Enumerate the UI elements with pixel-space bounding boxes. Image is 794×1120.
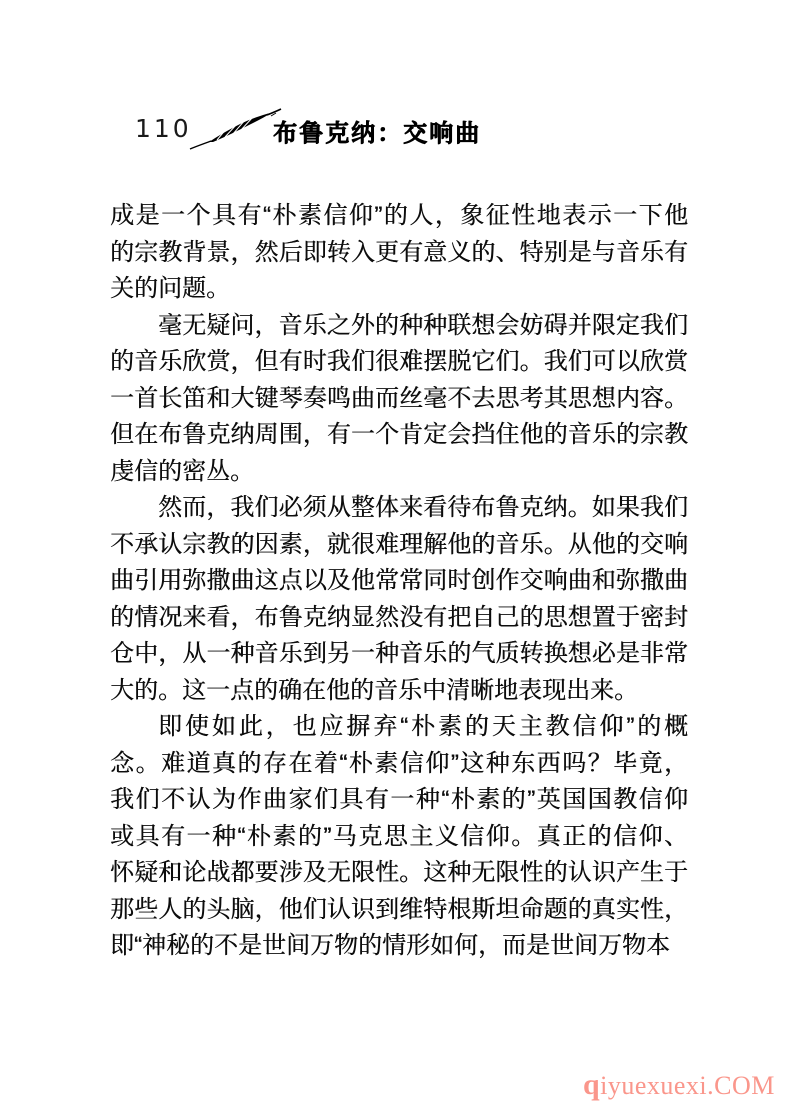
text-line: 大的。这一点的确在他的音乐中清晰地表现出来。 (110, 673, 688, 710)
text-line: 仓中，从一种音乐到另一种音乐的气质转换想必是非常 (110, 636, 688, 673)
text-line: 的宗教背景，然后即转入更有意义的、特别是与音乐有 (110, 235, 688, 272)
text-line: 曲引用弥撒曲这点以及他常常同时创作交响曲和弥撒曲 (110, 563, 688, 600)
book-page: 110 布鲁克纳：交响曲 成是一个具有“朴素信仰”的人，象征性地表示一下他的宗教… (0, 0, 794, 1120)
page-number: 110 (135, 114, 192, 143)
text-line: 成是一个具有“朴素信仰”的人，象征性地表示一下他 (110, 198, 688, 235)
text-line: 即“神秘的不是世间万物的情形如何，而是世间万物本 (110, 928, 688, 965)
text-line: 一首长笛和大键琴奏鸣曲而丝毫不去思考其思想内容。 (110, 381, 688, 418)
text-line: 的情况来看，布鲁克纳显然没有把自己的思想置于密封 (110, 600, 688, 637)
quill-pen-icon (187, 108, 283, 152)
text-line: 虔信的密丛。 (110, 454, 688, 491)
text-line: 那些人的头脑，他们认识到维特根斯坦命题的真实性， (110, 892, 688, 929)
text-line: 的音乐欣赏，但有时我们很难摆脱它们。我们可以欣赏 (110, 344, 688, 381)
body-text: 成是一个具有“朴素信仰”的人，象征性地表示一下他的宗教背景，然后即转入更有意义的… (110, 198, 688, 965)
text-line: 不承认宗教的因素，就很难理解他的音乐。从他的交响 (110, 527, 688, 564)
text-line: 毫无疑问，音乐之外的种种联想会妨碍并限定我们 (110, 308, 688, 345)
text-line: 即使如此，也应摒弃“朴素的天主教信仰”的概 (110, 709, 688, 746)
text-line: 然而，我们必须从整体来看待布鲁克纳。如果我们 (110, 490, 688, 527)
chapter-title: 布鲁克纳：交响曲 (273, 113, 481, 148)
watermark-text: qiyuexuexi.COM (583, 1068, 775, 1102)
text-line: 念。难道真的存在着“朴素信仰”这种东西吗？毕竟， (110, 746, 688, 783)
text-line: 关的问题。 (110, 271, 688, 308)
text-line: 但在布鲁克纳周围，有一个肯定会挡住他的音乐的宗教 (110, 417, 688, 454)
text-line: 怀疑和论战都要涉及无限性。这种无限性的认识产生于 (110, 855, 688, 892)
text-line: 或具有一种“朴素的”马克思主义信仰。真正的信仰、 (110, 819, 688, 856)
page-header: 110 布鲁克纳：交响曲 (135, 108, 695, 148)
text-line: 我们不认为作曲家们具有一种“朴素的”英国国教信仰 (110, 782, 688, 819)
